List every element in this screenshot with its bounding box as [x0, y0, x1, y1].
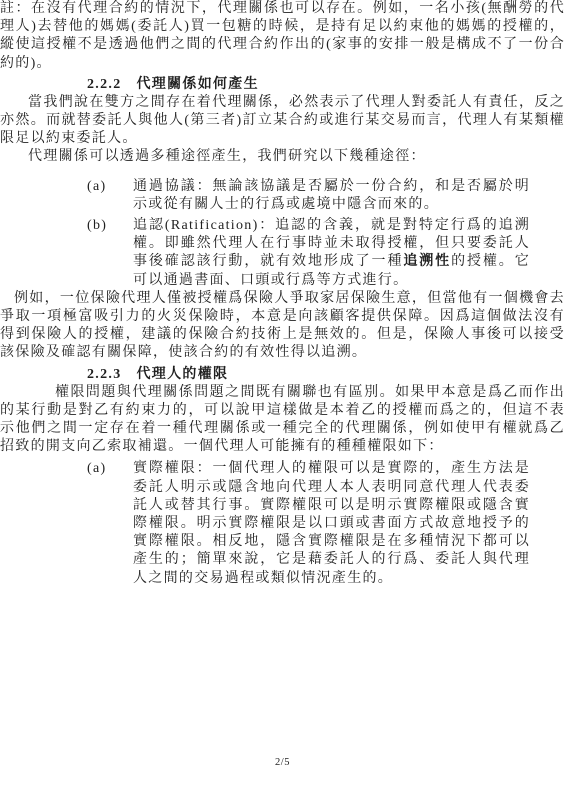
list-item-text: 通過協議：無論該協議是否屬於一份合約，和是否屬於明示或從有關人士的行爲或處境中隱…	[133, 178, 530, 214]
document-page: 註：在沒有代理合約的情況下，代理關係也可以存在。例如，一名小孩(無酬勞的代理人)…	[0, 0, 565, 800]
list-item-text: 實際權限：一個代理人的權限可以是實際的，產生方法是委託人明示或隱含地向代理人本人…	[133, 460, 530, 587]
note-paragraph: 註：在沒有代理合約的情況下，代理關係也可以存在。例如，一名小孩(無酬勞的代理人)…	[0, 0, 565, 73]
list-item-actual-authority: (a) 實際權限：一個代理人的權限可以是實際的，產生方法是委託人明示或隱含地向代…	[87, 460, 530, 587]
section-heading-223: 2.2.3 代理人的權限	[87, 366, 530, 384]
page-number: 2/5	[0, 756, 565, 769]
list-item-label: (a)	[87, 178, 133, 214]
section-number: 2.2.2	[87, 76, 122, 94]
list-item-agreement: (a) 通過協議：無論該協議是否屬於一份合約，和是否屬於明示或從有關人士的行爲或…	[87, 178, 530, 214]
section-number: 2.2.3	[87, 366, 122, 384]
section-title: 代理人的權限	[137, 366, 229, 384]
paragraph-agency-relation: 當我們說在雙方之間存在着代理關係，必然表示了代理人對委託人有責任，反之亦然。而就…	[0, 94, 565, 149]
example-paragraph: 例如，一位保險代理人僅被授權爲保險人爭取家居保險生意，但當他有一個機會去爭取一項…	[0, 290, 565, 363]
bold-term-retroactive: 追溯性	[403, 254, 451, 269]
section-title: 代理關係如何產生	[137, 76, 259, 94]
list-item-label: (a)	[87, 460, 133, 587]
list-item-text: 追認(Ratification)：追認的含義，就是對特定行爲的追溯權。即雖然代理…	[133, 217, 530, 290]
section-heading-222: 2.2.2 代理關係如何產生	[87, 76, 530, 94]
list-item-ratification: (b) 追認(Ratification)：追認的含義，就是對特定行爲的追溯權。即…	[87, 217, 530, 290]
paragraph-authority: 權限問題與代理關係問題之間既有關聯也有區別。如果甲本意是爲乙而作出的某行動是對乙…	[0, 384, 565, 457]
paragraph-list-intro: 代理關係可以透過多種途徑產生，我們研究以下幾種途徑：	[0, 148, 565, 166]
list-item-label: (b)	[87, 217, 133, 290]
